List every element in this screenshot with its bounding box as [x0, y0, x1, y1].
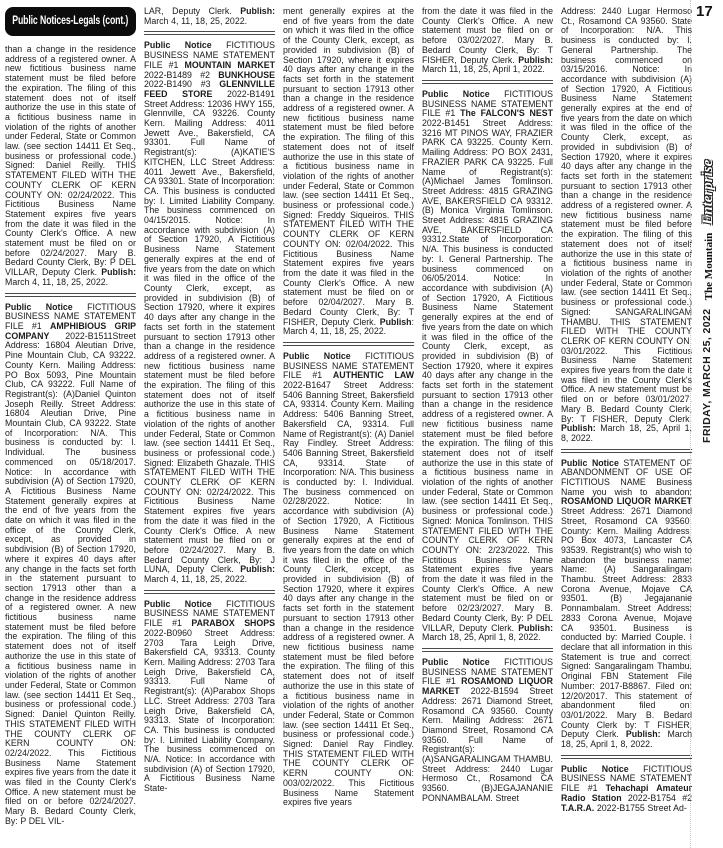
legal-notice-text: Public Notice FICTITIOUS BUSINESS NAME S…	[561, 765, 692, 814]
section-header-badge: Public Notices-Legals (cont.)	[5, 7, 136, 36]
notice-divider	[422, 648, 553, 652]
notice-body-text: March 4, 11, 18, 25, 2022.	[144, 574, 247, 584]
notice-body-text: 2022-B0960 Street Address: 2703 Tara Lei…	[144, 628, 275, 793]
notice-divider	[561, 755, 692, 759]
notice-bold-text: Public Notice	[561, 764, 629, 774]
notice-body-text: 2022-B1511Street Address: 16804 Aleutian…	[5, 331, 136, 826]
notice-bold-text: Publish:	[101, 267, 136, 277]
notice-bold-text: T.A.R.A.	[561, 803, 594, 813]
notice-bold-text: Publish:	[518, 55, 553, 65]
notice-body-text: 2022-B1647 Street Address: 5406 Banning …	[283, 380, 414, 807]
notice-body-text: March 4, 11, 18, 25, 2022.	[144, 16, 247, 26]
notice-body-text: March 4, 11, 18, 25, 2022.	[5, 277, 108, 287]
text-column-5: Address: 2440 Lugar Hermoso Ct., Rosamon…	[561, 7, 692, 843]
notice-bold-text: PARABOX SHOPS	[191, 618, 275, 628]
notice-body-text: 2022-B1754 #2	[622, 793, 692, 803]
legal-notice-text: than a change in the residence address o…	[5, 45, 136, 288]
legal-notice-text: Public Notice FICTITIOUS BUSINESS NAME S…	[144, 600, 275, 794]
notice-bold-text: Publish:	[561, 423, 596, 433]
notice-bold-text: Publish:	[240, 564, 275, 574]
notice-body-text: 2022-B1755 Street Ad-	[594, 803, 687, 813]
notice-bold-text: Public Notice	[283, 351, 351, 361]
notice-bold-text: The FALCON'S NEST	[460, 108, 553, 118]
notice-divider	[144, 590, 275, 594]
page-number: 17	[696, 3, 713, 20]
legal-notice-text: LAR, Deputy Clerk. Publish: March 4, 11,…	[144, 7, 275, 26]
notice-divider	[422, 80, 553, 84]
notice-bold-text: Public Notice	[561, 458, 619, 468]
legal-notice-text: Public Notice FICTITIOUS BUSINESS NAME S…	[5, 303, 136, 827]
date-line-vertical: FRIDAY, MARCH 25, 2022	[701, 313, 715, 443]
legal-notice-text: Address: 2440 Lugar Hermoso Ct., Rosamon…	[561, 7, 692, 444]
legal-notice-text: Public Notice FICTITIOUS BUSINESS NAME S…	[283, 352, 414, 808]
notice-bold-text: ROSAMOND LIQUOR MARKET	[561, 496, 692, 506]
notice-bold-text: BUNKHOUSE	[218, 70, 275, 80]
notice-bold-text: Publish	[380, 317, 412, 327]
notice-body-text: LAR, Deputy Clerk.	[144, 7, 240, 16]
masthead-vertical: The Mountain Enterprise	[699, 145, 717, 315]
notice-bold-text: Public Notice	[144, 599, 212, 609]
legal-notice-text: Public Notice FICTITIOUS BUSINESS NAME S…	[422, 90, 553, 643]
notice-body-text: Address: 2440 Lugar Hermoso Ct., Rosamon…	[561, 7, 692, 424]
notice-body-text: March 18, 25, April 1, 8, 2022.	[422, 632, 541, 642]
newspaper-page: { "page": { "number": "17", "masthead_ti…	[0, 0, 723, 848]
notice-bold-text: Publish:	[518, 623, 553, 633]
notice-body-text: 2022-B1451 Street Address: 3216 MT PINOS…	[422, 118, 553, 633]
masthead-title: Enterprise	[700, 160, 716, 225]
text-column-3: ment generally expires at the end of fiv…	[283, 7, 414, 843]
legal-notice-text: Public Notice FICTITIOUS BUSINESS NAME S…	[422, 658, 553, 804]
notice-divider	[561, 449, 692, 453]
legal-notice-text: ment generally expires at the end of fiv…	[283, 7, 414, 337]
notice-divider	[283, 342, 414, 346]
legal-notice-text: Public Notice STATEMENT OF ABANDONMENT O…	[561, 459, 692, 750]
notice-body-text: 2022-B1594 Street Address: 2671 Diamond …	[422, 686, 553, 803]
legal-notice-text: Public Notice FICTITIOUS BUSINESS NAME S…	[144, 41, 275, 584]
legal-notice-text: from the date it was filed in the County…	[422, 7, 553, 75]
notice-bold-text: MOUNTAIN MARKET	[185, 60, 275, 70]
masthead-prefix: The Mountain	[703, 233, 715, 301]
notice-bold-text: Public Notice	[422, 89, 490, 99]
section-header-label: Public Notices-Legals (cont.)	[13, 17, 129, 27]
notice-bold-text: Public Notice	[144, 40, 212, 50]
notice-body-text: 2022-B1491 Street Address: 12036 HWY 155…	[144, 89, 275, 574]
notice-body-text: ment generally expires at the end of fiv…	[283, 7, 414, 327]
notice-bold-text: AUTHENTIC LAW	[333, 370, 414, 380]
notice-body-text: March 11, 18, 25, April 1, 2022.	[422, 64, 545, 74]
notice-bold-text: Public Notice	[422, 657, 490, 667]
notice-body-text: 2022-B1489 #2	[144, 70, 218, 80]
notice-body-text: Street Address: 2671 Diamond Street, Ros…	[561, 506, 692, 739]
notice-bold-text: Publish:	[626, 729, 661, 739]
notice-bold-text: Publish:	[240, 7, 275, 16]
text-column-1: Public Notices-Legals (cont.) than a cha…	[5, 7, 136, 843]
notice-divider	[5, 293, 136, 297]
text-column-2: LAR, Deputy Clerk. Publish: March 4, 11,…	[144, 7, 275, 843]
notice-divider	[144, 31, 275, 35]
notice-bold-text: Public Notice	[5, 302, 73, 312]
legal-notices-columns: Public Notices-Legals (cont.) than a cha…	[5, 7, 692, 843]
notice-body-text: than a change in the residence address o…	[5, 44, 136, 277]
text-column-4: from the date it was filed in the County…	[422, 7, 553, 843]
notice-body-text: 2022-B1490 #3	[144, 79, 219, 89]
column-rule-divider	[690, 0, 691, 848]
